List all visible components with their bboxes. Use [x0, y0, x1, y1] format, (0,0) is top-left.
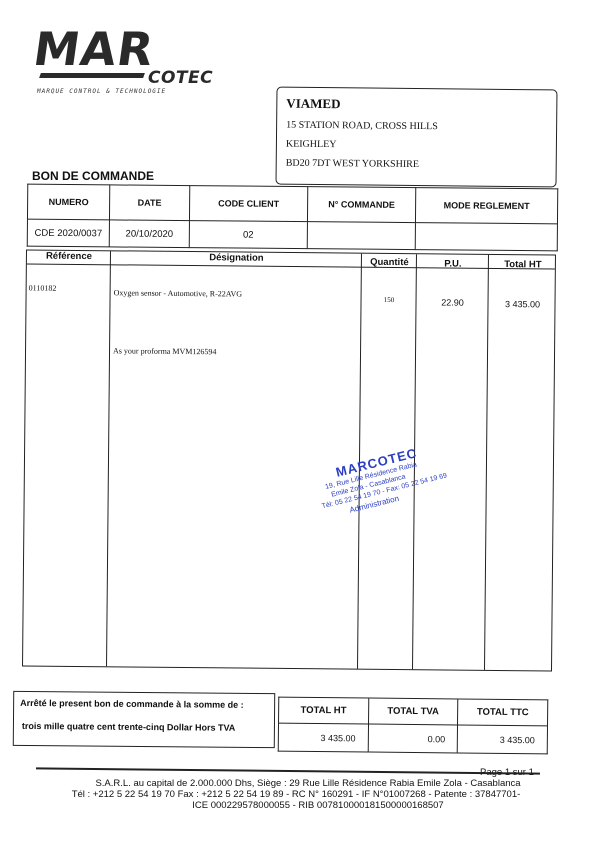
- column-reference: [23, 250, 111, 666]
- logo-tagline: MARQUE CONTROL & TECHNOLOGIE: [37, 88, 166, 95]
- logo-sub-text: COTEC: [148, 70, 213, 87]
- column-header-quantity: Quantité: [362, 257, 417, 269]
- recipient-address-line: KEIGHLEY: [286, 139, 556, 153]
- column-designation: [107, 251, 362, 668]
- payment-mode-value: [415, 223, 557, 251]
- total-tva-value: 0.00: [368, 724, 458, 753]
- proforma-note: As your proforma MVM126594: [113, 346, 216, 356]
- footer-contact-line: Tél : +212 5 22 54 19 70 Fax : +212 5 22…: [0, 789, 594, 800]
- line-designation: Oxygen sensor - Automotive, R-22AVG: [114, 288, 243, 298]
- total-ttc-value: 3 435.00: [458, 725, 548, 754]
- line-total-ht: 3 435.00: [488, 299, 556, 310]
- header-col-payment-mode: MODE REGLEMENT: [415, 188, 557, 224]
- total-ht-value: 3 435.00: [278, 723, 368, 752]
- line-quantity: 150: [362, 296, 417, 305]
- total-ttc-header: TOTAL TTC: [458, 699, 548, 726]
- column-header-unit-price: P.U.: [417, 258, 489, 270]
- company-logo: MAR COTEC MARQUE CONTROL & TECHNOLOGIE: [34, 26, 204, 98]
- header-col-numero: NUMERO: [27, 184, 109, 220]
- order-date-value: 20/10/2020: [109, 220, 189, 248]
- logo-underline: [39, 73, 145, 78]
- line-reference: 0110182: [29, 283, 57, 292]
- recipient-name: VIAMED: [286, 96, 556, 115]
- footer-legal-line: S.A.R.L. au capital de 2.000.000 Dhs, Si…: [10, 778, 596, 789]
- header-col-date: DATE: [109, 185, 189, 221]
- amount-in-words-text: trois mille quatre cent trente-cinq Doll…: [22, 721, 274, 733]
- column-header-reference: Référence: [27, 250, 111, 262]
- footer-divider: [36, 767, 540, 774]
- header-col-code-client: CODE CLIENT: [189, 186, 307, 222]
- customer-order-number-value: [307, 222, 415, 250]
- line-unit-price: 22.90: [416, 297, 488, 308]
- order-lines-table: Référence Désignation Quantité P.U. Tota…: [22, 249, 556, 671]
- document-title: BON DE COMMANDE: [32, 169, 154, 183]
- header-col-order-number: N° COMMANDE: [307, 187, 415, 223]
- total-ht-header: TOTAL HT: [279, 697, 369, 724]
- logo-main-text: MAR: [31, 26, 157, 72]
- footer-bank-line: ICE 000229578000055 - RIB 00781000018150…: [20, 800, 596, 811]
- recipient-address-line: BD20 7DT WEST YORKSHIRE: [286, 158, 556, 172]
- amount-in-words-label: Arrêté le present bon de commande à la s…: [20, 698, 274, 710]
- column-header-total-ht: Total HT: [489, 259, 557, 271]
- total-tva-header: TOTAL TVA: [368, 698, 458, 725]
- totals-table: TOTAL HT TOTAL TVA TOTAL TTC 3 435.00 0.…: [278, 697, 549, 755]
- client-code-value: 02: [189, 221, 307, 249]
- amount-in-words-box: Arrêté le present bon de commande à la s…: [13, 691, 275, 748]
- recipient-address-box: VIAMED 15 STATION ROAD, CROSS HILLS KEIG…: [275, 87, 557, 188]
- order-number-value: CDE 2020/0037: [27, 219, 109, 247]
- order-header-table: NUMERO DATE CODE CLIENT N° COMMANDE MODE…: [27, 184, 559, 252]
- recipient-address-line: 15 STATION ROAD, CROSS HILLS: [286, 120, 556, 134]
